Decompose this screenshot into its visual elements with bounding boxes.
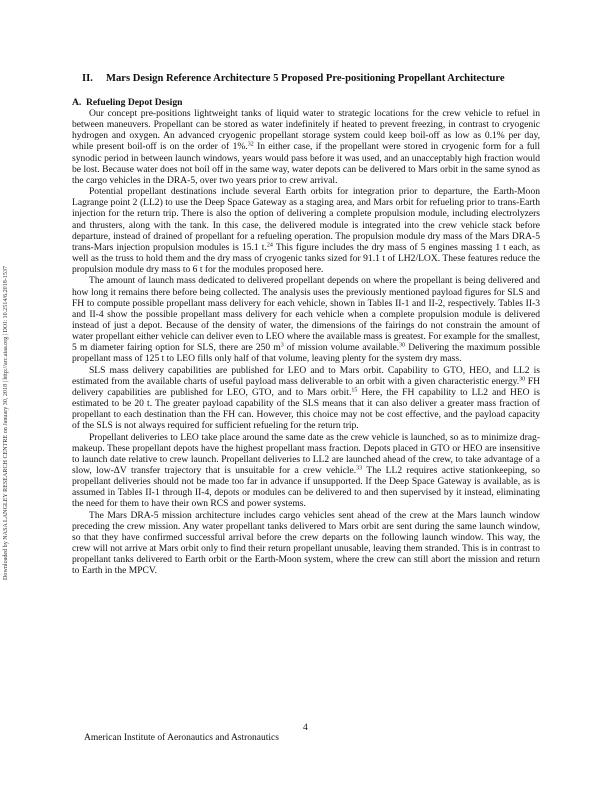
citation-reference: 30 [519, 376, 525, 382]
citation-reference: 3 [281, 343, 284, 349]
download-notice: Downloaded by NASA LANGLEY RESEARCH CENT… [1, 214, 12, 580]
citation-reference: 33 [356, 466, 362, 472]
paragraph: Propellant deliveries to LEO take place … [72, 432, 540, 510]
paragraph: Our concept pre-positions lightweight ta… [72, 108, 540, 186]
paragraph: The amount of launch mass dedicated to d… [72, 275, 540, 364]
section-heading: II.Mars Design Reference Architecture 5 … [82, 72, 552, 85]
citation-reference: 30 [399, 343, 405, 349]
citation-reference: 15 [351, 387, 357, 393]
citation-reference: 32 [248, 142, 254, 148]
paragraph: SLS mass delivery capabilities are publi… [72, 365, 540, 432]
paragraph: The Mars DRA-5 mission architecture incl… [72, 510, 540, 577]
footer-publisher: American Institute of Aeronautics and As… [84, 733, 279, 744]
section-title: Mars Design Reference Architecture 5 Pro… [106, 73, 505, 84]
paragraph: Potential propellant destinations includ… [72, 186, 540, 275]
body-text: Our concept pre-positions lightweight ta… [72, 108, 540, 577]
citation-reference: 24 [267, 242, 273, 248]
section-number: II. [82, 72, 106, 85]
page-number: 4 [303, 723, 308, 734]
subsection-title: Refueling Depot Design [86, 97, 182, 108]
